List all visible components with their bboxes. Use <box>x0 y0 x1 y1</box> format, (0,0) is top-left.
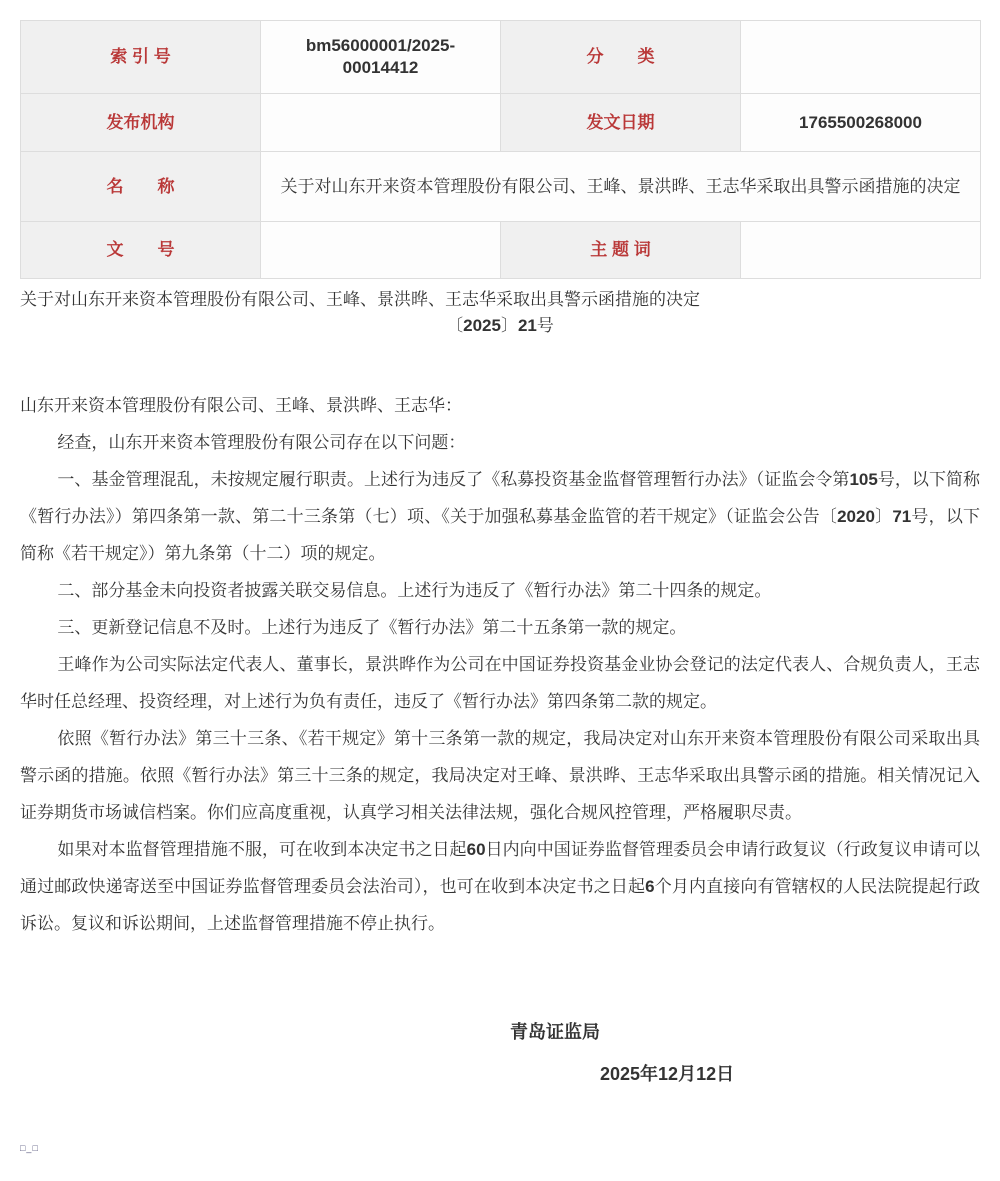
text-run: 〕 <box>501 316 518 335</box>
text-run: 71 <box>892 507 911 526</box>
issuer-value <box>261 94 501 152</box>
text-run: 一、基金管理混乱，未按规定履行职责。上述行为违反了《私募投资基金监督管理暂行办法… <box>57 470 849 489</box>
paragraph: 三、更新登记信息不及时。上述行为违反了《暂行办法》第二十五条第一款的规定。 <box>20 609 980 646</box>
text-run: 2020 <box>837 507 875 526</box>
paragraph: 二、部分基金未向投资者披露关联交易信息。上述行为违反了《暂行办法》第二十四条的规… <box>20 572 980 609</box>
text-run: 105 <box>849 470 877 489</box>
text-run: 经查，山东开来资本管理股份有限公司存在以下问题： <box>57 433 465 452</box>
index-number-label: 索 引 号 <box>21 21 261 94</box>
category-label: 分 类 <box>501 21 741 94</box>
text-run: 三、更新登记信息不及时。上述行为违反了《暂行办法》第二十五条第一款的规定。 <box>57 618 686 637</box>
text-run: 21 <box>518 316 537 335</box>
salutation: 山东开来资本管理股份有限公司、王峰、景洪晔、王志华： <box>20 387 980 424</box>
signature-date: 2025年12月12日 <box>20 1064 980 1084</box>
text-run: 号 <box>537 316 554 335</box>
issue-date-label: 发文日期 <box>501 94 741 152</box>
meta-row-index-category: 索 引 号 bm56000001/2025-00014412 分 类 <box>21 21 981 94</box>
text-run: 6 <box>645 877 654 896</box>
text-run: 〔 <box>446 316 463 335</box>
index-number-value: bm56000001/2025-00014412 <box>261 21 501 94</box>
text-run: 〕 <box>875 507 892 526</box>
category-value <box>741 21 981 94</box>
keywords-label: 主 题 词 <box>501 222 741 279</box>
meta-row-issuer-date: 发布机构 发文日期 1765500268000 <box>21 94 981 152</box>
text-run: 如果对本监督管理措施不服，可在收到本决定书之日起 <box>57 840 466 859</box>
paragraph: 王峰作为公司实际法定代表人、董事长，景洪晔作为公司在中国证券投资基金业协会登记的… <box>20 646 980 720</box>
document-title: 关于对山东开来资本管理股份有限公司、王峰、景洪晔、王志华采取出具警示函措施的决定 <box>20 287 980 313</box>
document-body: 关于对山东开来资本管理股份有限公司、王峰、景洪晔、王志华采取出具警示函措施的决定… <box>20 287 980 1084</box>
broken-glyph-placeholder: □_□ <box>20 1143 39 1153</box>
doc-no-value <box>261 222 501 279</box>
document-number: 〔2025〕21号 <box>20 313 980 339</box>
signature-organization: 青岛证监局 <box>20 1022 980 1042</box>
paragraph: 一、基金管理混乱，未按规定履行职责。上述行为违反了《私募投资基金监督管理暂行办法… <box>20 461 980 572</box>
text-run: 2025 <box>463 316 501 335</box>
text-run: 依照《暂行办法》第三十三条、《若干规定》第十三条第一款的规定，我局决定对山东开来… <box>20 729 980 822</box>
paragraph: 经查，山东开来资本管理股份有限公司存在以下问题： <box>20 424 980 461</box>
meta-row-docno-keywords: 文 号 主 题 词 <box>21 222 981 279</box>
text-run: 60 <box>467 840 486 859</box>
text-run: 二、部分基金未向投资者披露关联交易信息。上述行为违反了《暂行办法》第二十四条的规… <box>57 581 771 600</box>
meta-row-name: 名 称 关于对山东开来资本管理股份有限公司、王峰、景洪晔、王志华采取出具警示函措… <box>21 152 981 222</box>
meta-table: 索 引 号 bm56000001/2025-00014412 分 类 发布机构 … <box>20 20 981 279</box>
document-page: { "colors": { "label_red": "#b93737", "l… <box>0 0 1000 1181</box>
paragraph: 依照《暂行办法》第三十三条、《若干规定》第十三条第一款的规定，我局决定对山东开来… <box>20 720 980 831</box>
issue-date-value: 1765500268000 <box>741 94 981 152</box>
doc-no-label: 文 号 <box>21 222 261 279</box>
paragraph: 如果对本监督管理措施不服，可在收到本决定书之日起60日内向中国证券监督管理委员会… <box>20 831 980 942</box>
text-run: 王峰作为公司实际法定代表人、董事长，景洪晔作为公司在中国证券投资基金业协会登记的… <box>20 655 980 711</box>
signature-block: 青岛证监局 2025年12月12日 <box>20 1022 980 1084</box>
keywords-value <box>741 222 981 279</box>
name-value: 关于对山东开来资本管理股份有限公司、王峰、景洪晔、王志华采取出具警示函措施的决定 <box>261 152 981 222</box>
document-paragraphs: 经查，山东开来资本管理股份有限公司存在以下问题：一、基金管理混乱，未按规定履行职… <box>20 424 980 942</box>
name-label: 名 称 <box>21 152 261 222</box>
issuer-label: 发布机构 <box>21 94 261 152</box>
